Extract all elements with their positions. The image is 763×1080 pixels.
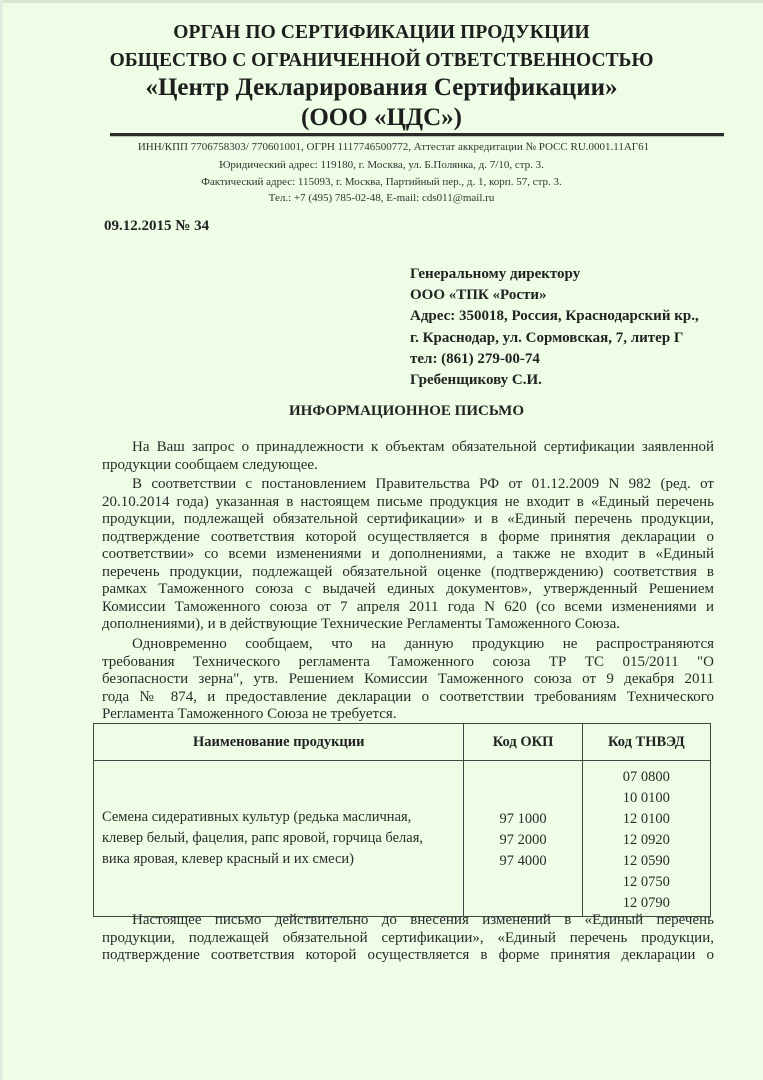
tnved-code: 12 0100 [583,809,710,830]
text-line: соответствии» со всеми изменениями и доп… [102,546,714,564]
letterhead-line-1: ОРГАН ПО СЕРТИФИКАЦИИ ПРОДУКЦИИ [0,22,763,44]
text-line: продукции, подлежащей обязательной серти… [102,930,714,948]
product-codes-table: Наименование продукции Код ОКП Код ТНВЭД… [93,723,711,917]
addressee-line: Адрес: 350018, Россия, Краснодарский кр.… [410,306,699,327]
document-title: ИНФОРМАЦИОННОЕ ПИСЬМО [0,403,763,420]
outgoing-number: 09.12.2015 № 34 [104,218,209,235]
text-line: Комиссии Таможенного союза от 7 апреля 2… [102,599,714,617]
header-product-name: Наименование продукции [94,724,464,761]
scan-top-edge [0,0,763,3]
okp-codes-cell: 97 1000 97 2000 97 4000 [464,761,582,917]
tnved-code: 12 0750 [583,872,710,893]
addressee-line: Гребенщикову С.И. [410,370,699,391]
text-line: продукции, подлежащей обязательной серти… [102,511,714,529]
product-name-line: Семена сидеративных культур (редька масл… [102,807,455,828]
okp-code: 97 1000 [464,809,581,830]
requisites-contacts: Тел.: +7 (495) 785-02-48, E-mail: cds011… [0,192,763,204]
tnved-code: 10 0100 [583,788,710,809]
okp-code: 97 2000 [464,830,581,851]
text-line: 20.10.2014 года) указанная в настоящем п… [102,494,714,512]
tnved-code: 12 0790 [583,893,710,914]
tnved-code: 12 0920 [583,830,710,851]
tnved-code: 07 0800 [583,767,710,788]
letterhead-divider-shadow [110,136,724,137]
letterhead-line-2: ОБЩЕСТВО С ОГРАНИЧЕННОЙ ОТВЕТСТВЕННОСТЬЮ [0,50,763,72]
text-line: перечень продукции, подлежащей обязатель… [102,564,714,582]
text-line: безопасности зерна", утв. Решением Комис… [102,671,714,689]
text-line: дополнениями), и в действующие Техническ… [102,616,714,634]
letterhead-company-name: «Центр Декларирования Сертификации» [0,74,763,102]
tnved-code: 12 0590 [583,851,710,872]
paragraph-validity: Настоящее письмо действительно до внесен… [102,912,714,965]
text-line: требования Технического регламента Тамож… [102,654,714,672]
addressee-line: Генеральному директору [410,264,699,285]
text-line: В соответствии с постановлением Правител… [102,476,714,494]
tnved-codes-cell: 07 0800 10 0100 12 0100 12 0920 12 0590 … [582,761,710,917]
text-line: продукции сообщаем следующее. [102,457,714,475]
table-row: Семена сидеративных культур (редька масл… [94,761,711,917]
requisites-registration: ИНН/КПП 7706758303/ 770601001, ОГРН 1117… [12,141,763,153]
product-name-cell: Семена сидеративных культур (редька масл… [94,761,464,917]
scanned-letter-page: ОРГАН ПО СЕРТИФИКАЦИИ ПРОДУКЦИИ ОБЩЕСТВО… [0,0,763,1080]
requisites-actual-address: Фактический адрес: 115093, г. Москва, Па… [0,176,763,188]
text-line: Регламента Таможенного Союза не требуетс… [102,706,714,724]
text-line: подтверждение соответствия которой осуще… [102,529,714,547]
text-line: На Ваш запрос о принадлежности к объекта… [102,439,714,457]
text-line: Настоящее письмо действительно до внесен… [102,912,714,930]
addressee-block: Генеральному директору ООО «ТПК «Рости» … [410,264,699,391]
addressee-line: ООО «ТПК «Рости» [410,285,699,306]
paragraph-technical-regulation: Одновременно сообщаем, что на данную про… [102,636,714,724]
text-line: Одновременно сообщаем, что на данную про… [102,636,714,654]
text-line: рамках Таможенного союза с выдачей едины… [102,581,714,599]
text-line: года № 874, и предоставление декларации … [102,689,714,707]
table-header-row: Наименование продукции Код ОКП Код ТНВЭД [94,724,711,761]
addressee-line: тел: (861) 279-00-74 [410,349,699,370]
okp-code: 97 4000 [464,851,581,872]
paragraph-regulation: В соответствии с постановлением Правител… [102,476,714,634]
header-tnved-code: Код ТНВЭД [582,724,710,761]
product-name-line: клевер белый, фацелия, рапс яровой, горч… [102,828,455,849]
requisites-legal-address: Юридический адрес: 119180, г. Москва, ул… [0,159,763,171]
product-name-line: вика яровая, клевер красный и их смеси) [102,849,455,870]
header-okp-code: Код ОКП [464,724,582,761]
addressee-line: г. Краснодар, ул. Сормовская, 7, литер Г [410,328,699,349]
letterhead-short-name: (ООО «ЦДС») [0,104,763,132]
text-line: подтверждение соответствия которой осуще… [102,947,714,965]
paragraph-request: На Ваш запрос о принадлежности к объекта… [102,439,714,474]
